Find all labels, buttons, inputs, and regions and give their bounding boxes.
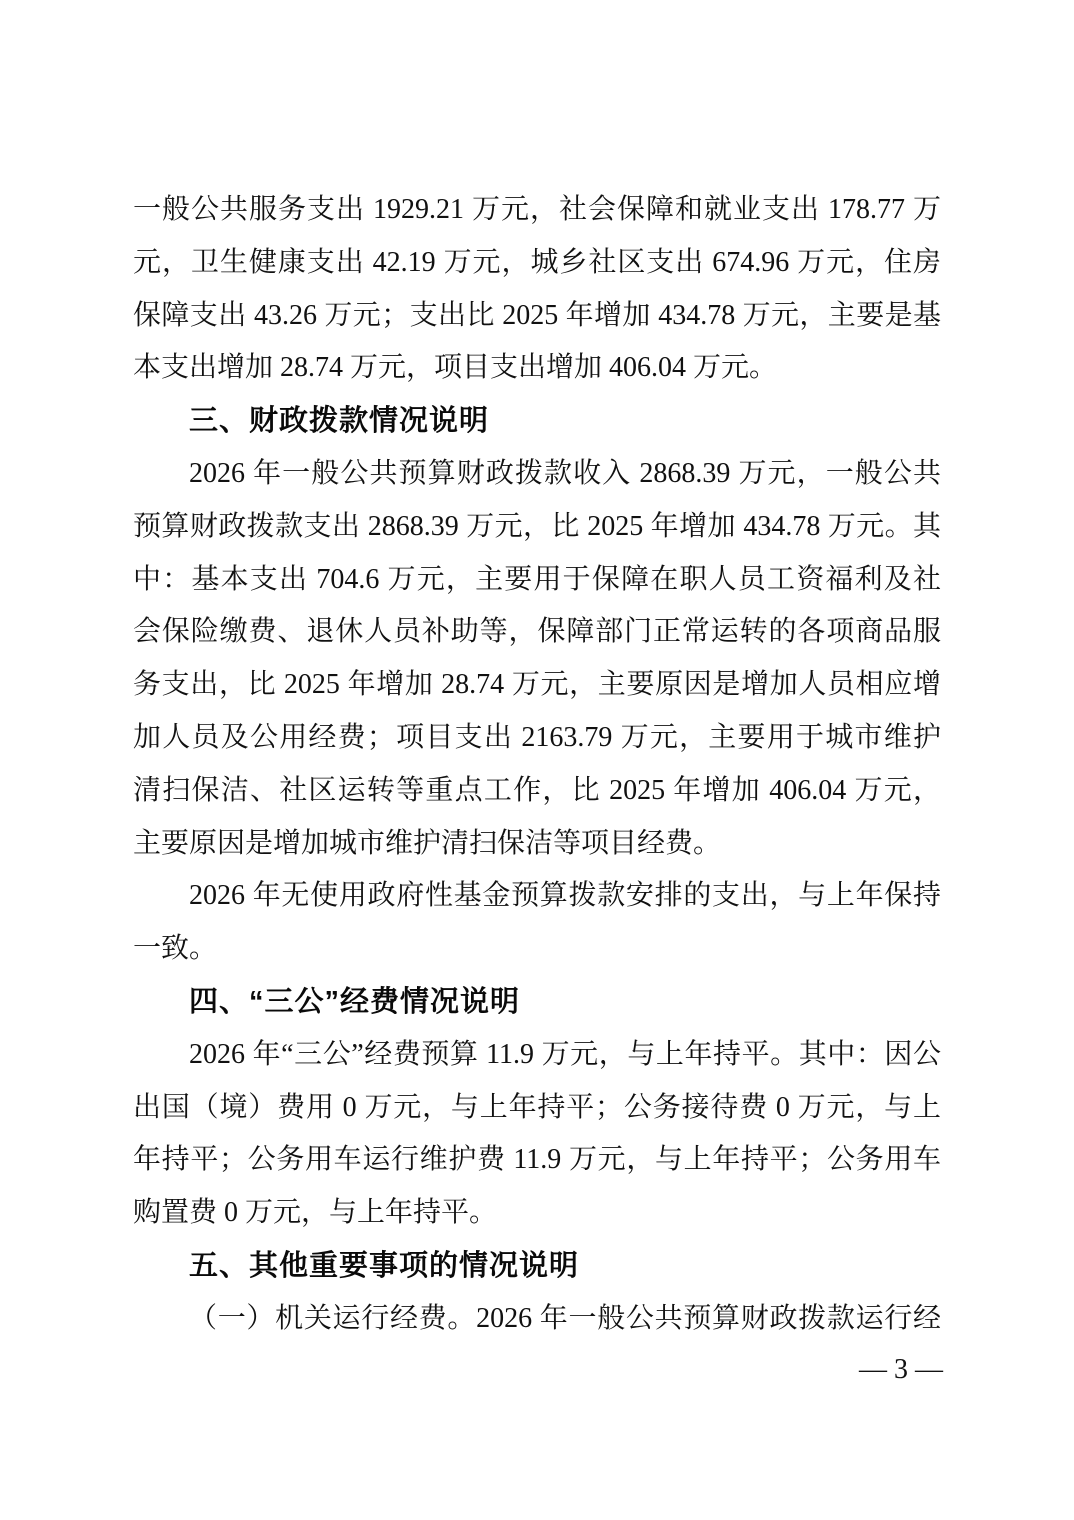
text-line: 清扫保洁、社区运转等重点工作，比 2025 年增加 406.04 万元， — [133, 765, 941, 818]
text-line: 出国（境）费用 0 万元，与上年持平；公务接待费 0 万元，与上 — [133, 1082, 941, 1135]
text-line: 预算财政拨款支出 2868.39 万元，比 2025 年增加 434.78 万元… — [133, 501, 941, 554]
text-line: 年持平；公务用车运行维护费 11.9 万元，与上年持平；公务用车 — [133, 1134, 941, 1187]
page-number: — 3 — — [859, 1354, 943, 1386]
document-body: 一般公共服务支出 1929.21 万元，社会保障和就业支出 178.77 万元，… — [133, 184, 941, 1346]
text-line: 一致。 — [133, 923, 941, 976]
text-line: 元，卫生健康支出 42.19 万元，城乡社区支出 674.96 万元，住房 — [133, 237, 941, 290]
text-line: 会保险缴费、退休人员补助等，保障部门正常运转的各项商品服 — [133, 606, 941, 659]
text-line: 主要原因是增加城市维护清扫保洁等项目经费。 — [133, 818, 941, 871]
text-line: 2026 年无使用政府性基金预算拨款安排的支出，与上年保持 — [133, 870, 941, 923]
text-line: 中：基本支出 704.6 万元，主要用于保障在职人员工资福利及社 — [133, 554, 941, 607]
text-line: 一般公共服务支出 1929.21 万元，社会保障和就业支出 178.77 万 — [133, 184, 941, 237]
text-line: 本支出增加 28.74 万元，项目支出增加 406.04 万元。 — [133, 342, 941, 395]
section-heading: 四、“三公”经费情况说明 — [133, 976, 941, 1029]
section-heading: 三、财政拨款情况说明 — [133, 395, 941, 448]
text-line: 务支出，比 2025 年增加 28.74 万元，主要原因是增加人员相应增 — [133, 659, 941, 712]
text-line: 2026 年“三公”经费预算 11.9 万元，与上年持平。其中：因公 — [133, 1029, 941, 1082]
document-page: 一般公共服务支出 1929.21 万元，社会保障和就业支出 178.77 万元，… — [0, 0, 1074, 1520]
section-heading: 五、其他重要事项的情况说明 — [133, 1240, 941, 1293]
text-line: 保障支出 43.26 万元；支出比 2025 年增加 434.78 万元，主要是… — [133, 290, 941, 343]
text-line: 购置费 0 万元，与上年持平。 — [133, 1187, 941, 1240]
text-line: （一）机关运行经费。2026 年一般公共预算财政拨款运行经 — [133, 1293, 941, 1346]
text-line: 加人员及公用经费；项目支出 2163.79 万元，主要用于城市维护 — [133, 712, 941, 765]
text-line: 2026 年一般公共预算财政拨款收入 2868.39 万元，一般公共 — [133, 448, 941, 501]
